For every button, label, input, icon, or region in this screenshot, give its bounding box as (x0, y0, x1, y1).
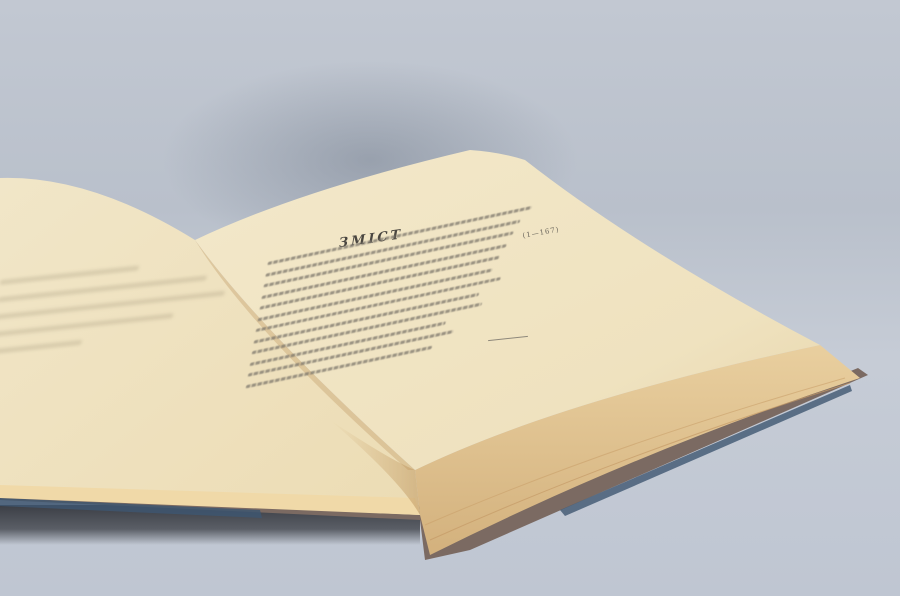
toc-entry (258, 268, 493, 321)
toc-entry (252, 302, 482, 354)
toc-entry (250, 321, 446, 366)
photo-scene: ЗМІСТ (1—167) (0, 0, 900, 596)
